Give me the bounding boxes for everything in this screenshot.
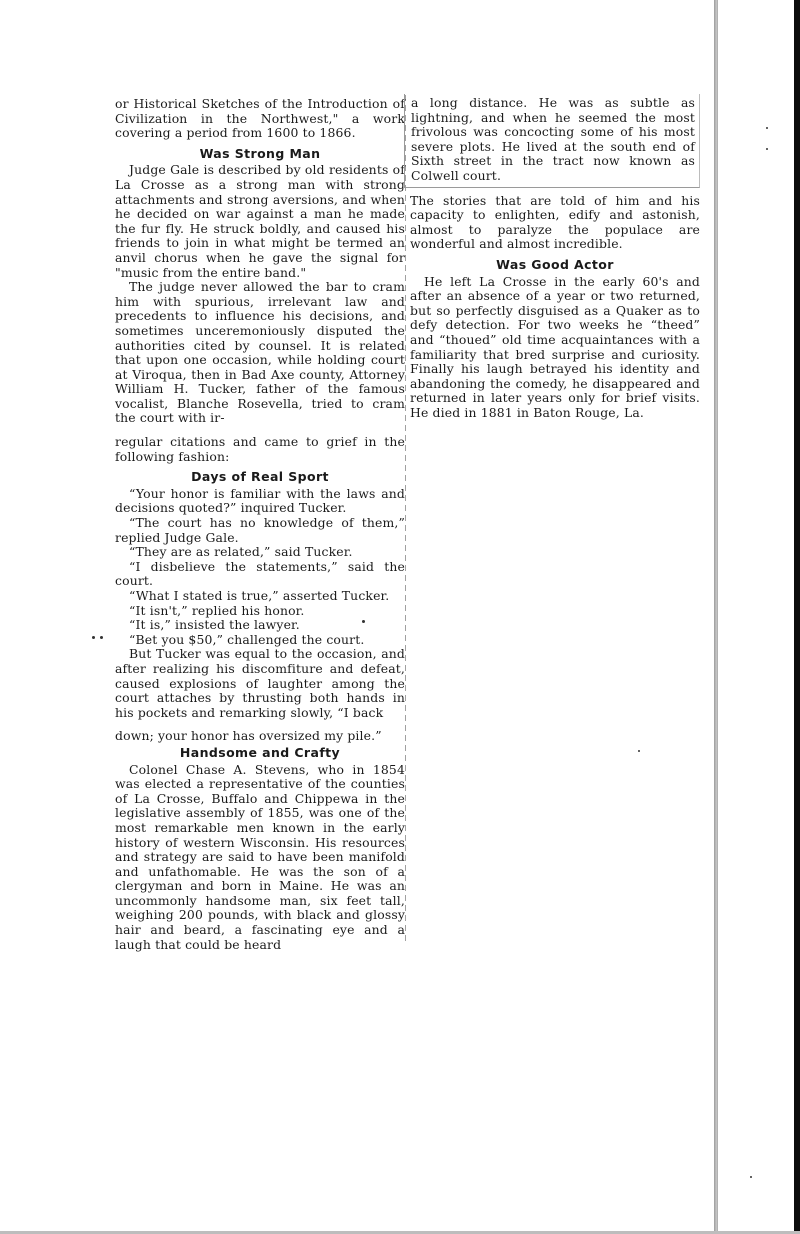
ink-speck (766, 148, 768, 150)
heading-was-good-actor: Was Good Actor (410, 258, 700, 273)
boxed-clipping: a long distance. He was as subtle as lig… (404, 94, 700, 188)
page-edge (794, 0, 800, 1234)
heading-handsome-and-crafty: Handsome and Crafty (115, 746, 405, 761)
paragraph: down; your honor has oversized my pile.” (115, 729, 405, 744)
intro-paragraph: or Historical Sketches of the Introducti… (115, 97, 405, 141)
paragraph: “They are as related,” said Tucker. (115, 545, 405, 560)
ink-speck (638, 750, 640, 752)
right-column: a long distance. He was as subtle as lig… (410, 94, 700, 420)
paragraph: He left La Crosse in the early 60's and … (410, 275, 700, 421)
paragraph: “Your honor is familiar with the laws an… (115, 487, 405, 516)
paragraph: Colonel Chase A. Stevens, who in 1854 wa… (115, 763, 405, 953)
heading-was-strong-man: Was Strong Man (115, 147, 405, 162)
binder-strip (714, 0, 718, 1234)
ink-speck (362, 620, 365, 623)
paragraph: The judge never allowed the bar to cram … (115, 280, 405, 426)
paragraph: a long distance. He was as subtle as lig… (411, 96, 695, 184)
paragraph: regular citations and came to grief in t… (115, 435, 405, 464)
column-divider (405, 95, 406, 945)
paragraph: “It isn't,” replied his honor. (115, 604, 405, 619)
paragraph: “The court has no knowledge of them,” re… (115, 516, 405, 545)
ink-speck (92, 636, 95, 639)
paragraph: “What I stated is true,” asserted Tucker… (115, 589, 405, 604)
paragraph: “I disbelieve the statements,” said the … (115, 560, 405, 589)
ink-speck (766, 127, 768, 129)
paragraph: “Bet you $50,” challenged the court. (115, 633, 405, 648)
paragraph: But Tucker was equal to the occasion, an… (115, 647, 405, 720)
ink-speck (750, 1176, 752, 1178)
paragraph: Judge Gale is described by old residents… (115, 163, 405, 280)
left-column: or Historical Sketches of the Introducti… (115, 97, 405, 952)
ink-speck (100, 636, 103, 639)
paragraph: The stories that are told of him and his… (410, 194, 700, 252)
heading-days-of-real-sport: Days of Real Sport (115, 470, 405, 485)
